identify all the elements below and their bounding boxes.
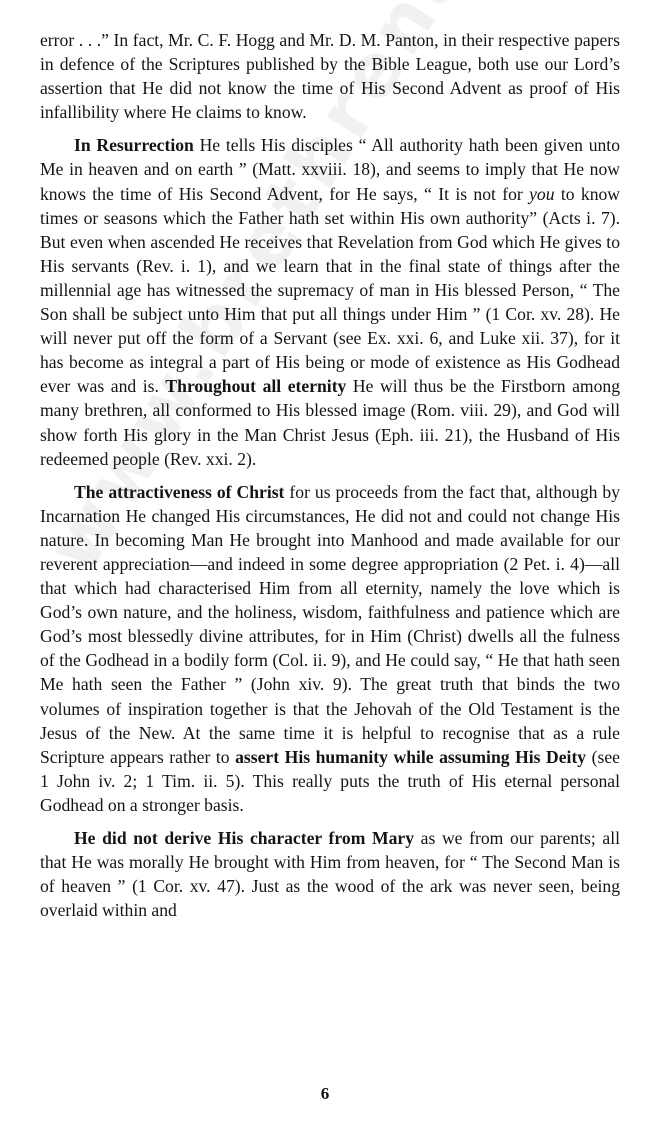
paragraph-resurrection: In Resurrection He tells His disciples “…	[40, 133, 620, 470]
bold-heading-phrase: In Resurrection	[74, 135, 194, 155]
body-text: error . . .” In fact, Mr. C. F. Hogg and…	[40, 28, 620, 922]
bold-heading-phrase: He did not derive His character from Mar…	[74, 828, 414, 848]
paragraph-character-from-mary: He did not derive His character from Mar…	[40, 826, 620, 922]
text-run: to know times or seasons which the Fathe…	[40, 184, 620, 397]
paragraph-continuation: error . . .” In fact, Mr. C. F. Hogg and…	[40, 28, 620, 124]
document-page: www.brethrenarchive.org error . . .” In …	[0, 0, 650, 1128]
italic-emphasis: you	[529, 184, 554, 204]
bold-heading-phrase: assert His humanity while assuming His D…	[235, 747, 586, 767]
text-run: error . . .” In fact, Mr. C. F. Hogg and…	[40, 30, 620, 122]
bold-heading-phrase: Throughout all eternity	[165, 376, 346, 396]
text-run: for us proceeds from the fact that, alth…	[40, 482, 620, 767]
paragraph-attractiveness-of-christ: The attractiveness of Christ for us proc…	[40, 480, 620, 817]
bold-heading-phrase: The attractiveness of Christ	[74, 482, 284, 502]
page-number: 6	[0, 1084, 650, 1104]
